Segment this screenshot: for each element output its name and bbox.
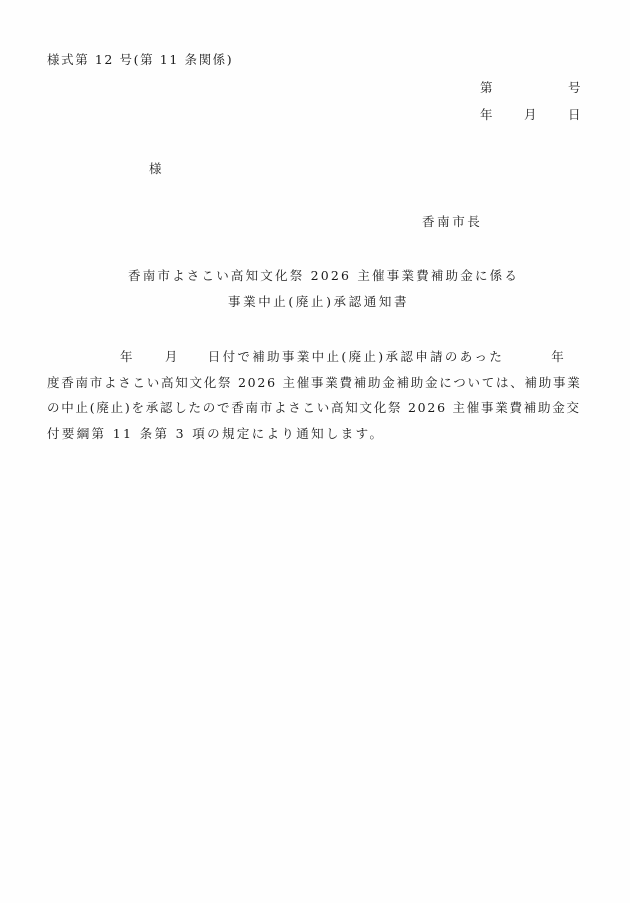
addressee-honorific: 様 xyxy=(149,161,164,177)
issuer-name: 香南市長 xyxy=(422,214,482,230)
date-year: 年 xyxy=(480,107,495,123)
body-year2-label: 年 xyxy=(551,349,566,364)
ref-number-suffix: 号 xyxy=(568,80,583,96)
body-line-3: の中止(廃止)を承認したので香南市よさこい高知文化祭 2026 主催事業費補助金… xyxy=(47,395,587,421)
body-month-label: 月 xyxy=(165,349,180,364)
body-line-2: 度香南市よさこい高知文化祭 2026 主催事業費補助金補助金については、補助事業 xyxy=(47,370,587,396)
form-label: 様式第 12 号(第 11 条関係) xyxy=(47,52,233,68)
date-month: 月 xyxy=(524,107,539,123)
ref-number-prefix: 第 xyxy=(480,80,495,96)
body-line-4: 付要綱第 11 条第 3 項の規定により通知します。 xyxy=(47,421,587,447)
body-year-label: 年 xyxy=(120,349,135,364)
document-title-line2: 事業中止(廃止)承認通知書 xyxy=(228,294,409,310)
body-line-1: 年月日付で補助事業中止(廃止)承認申請のあった年 xyxy=(47,344,587,370)
document-title-line1: 香南市よさこい高知文化祭 2026 主催事業費補助金に係る xyxy=(128,268,519,284)
body-paragraph: 年月日付で補助事業中止(廃止)承認申請のあった年 度香南市よさこい高知文化祭 2… xyxy=(47,344,587,446)
date-day: 日 xyxy=(568,107,583,123)
body-line-1-text: 日付で補助事業中止(廃止)承認申請のあった xyxy=(208,349,504,364)
